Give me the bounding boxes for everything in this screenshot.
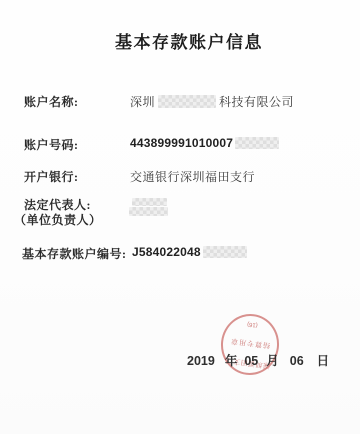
date-month-unit: 月	[266, 351, 279, 369]
account-name-value: 深圳科技有限公司	[130, 93, 294, 110]
legal-rep-redaction-top	[132, 198, 167, 206]
issue-date: 2019年05月06日	[187, 351, 329, 369]
date-day-unit: 日	[317, 351, 330, 369]
account-number-label: 账户号码:	[24, 136, 79, 153]
date-day: 06	[290, 354, 304, 368]
deposit-code-digits: J584022048	[132, 245, 201, 259]
document-title: 基本存款账户信息	[0, 28, 360, 53]
account-number-redaction	[235, 137, 279, 149]
stamp-number-text: (16)	[247, 320, 258, 328]
account-name-prefix: 深圳	[130, 95, 155, 109]
deposit-code-redaction	[203, 246, 247, 258]
account-name-suffix: 科技有限公司	[219, 95, 294, 109]
date-month: 05	[244, 354, 258, 368]
opening-bank-label: 开户银行:	[24, 168, 79, 185]
legal-rep-sublabel: （单位负责人）	[14, 211, 102, 228]
legal-rep-redaction-bottom	[129, 207, 168, 216]
account-number-value: 443899991010007	[130, 136, 279, 151]
opening-bank-value: 交通银行深圳福田支行	[130, 168, 255, 185]
document-paper: 基本存款账户信息 账户名称: 深圳科技有限公司 账户号码: 4438999910…	[0, 0, 360, 434]
stamp-middle-text: 结算专用章	[230, 337, 271, 350]
deposit-code-value: J584022048	[132, 245, 247, 260]
account-number-digits: 443899991010007	[130, 136, 233, 150]
deposit-code-label: 基本存款账户编号:	[22, 245, 127, 262]
date-year: 2019	[187, 354, 215, 368]
date-year-unit: 年	[225, 351, 238, 369]
account-name-redaction	[158, 95, 216, 108]
account-name-label: 账户名称:	[24, 93, 79, 110]
